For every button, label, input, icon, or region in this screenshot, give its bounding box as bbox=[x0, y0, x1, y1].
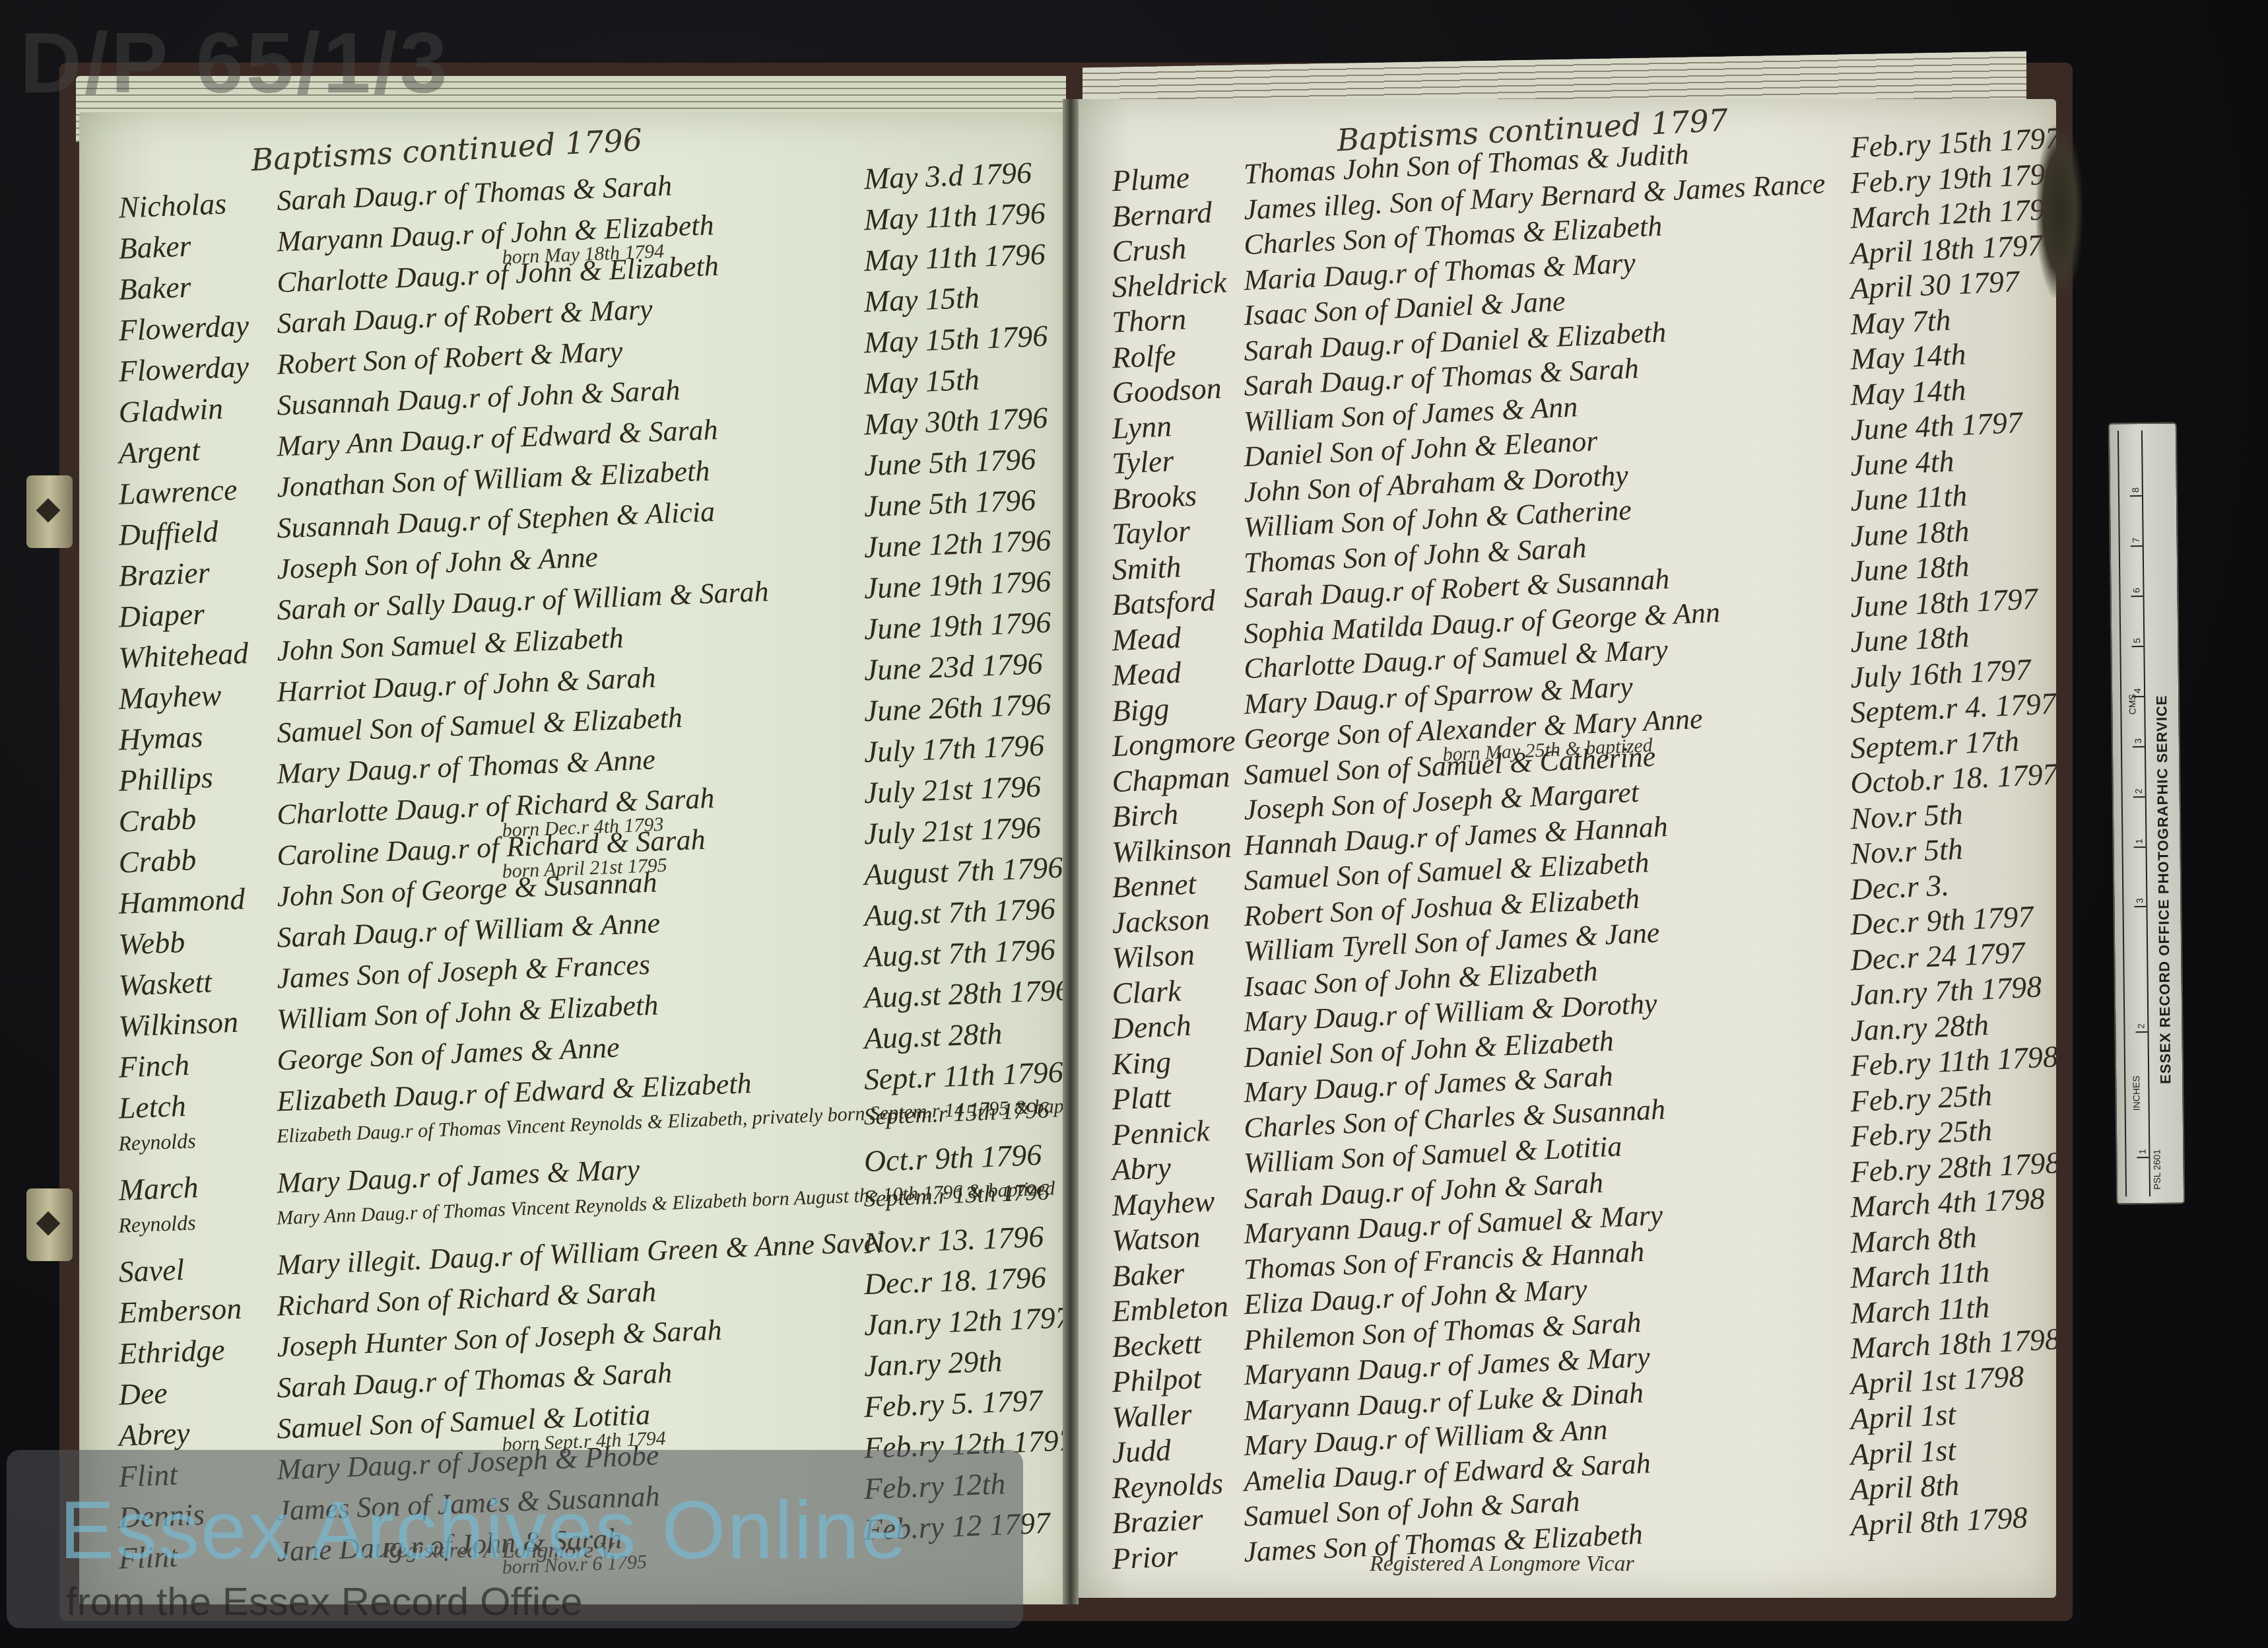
ruler-cm-label: 1 bbox=[2133, 839, 2144, 844]
document-reference-label: D/P 65/1/3 bbox=[20, 13, 450, 112]
entry-surname: Baker bbox=[1111, 1255, 1185, 1293]
entry-surname: Brazier bbox=[118, 555, 211, 593]
ruler-text: ESSEX RECORD OFFICE PHOTOGRAPHIC SERVICE bbox=[2153, 695, 2174, 1084]
entry-date: Aug.st 7th 1796 bbox=[863, 891, 1056, 933]
entry-surname: Abrey bbox=[118, 1416, 191, 1453]
entry-date: June 18th bbox=[1850, 513, 1970, 553]
entry-surname: Mead bbox=[1111, 619, 1182, 658]
watermark-subtitle: from the Essex Record Office bbox=[66, 1579, 583, 1624]
entry-date: April 1st bbox=[1850, 1432, 1956, 1472]
entry-surname: Letch bbox=[118, 1088, 187, 1126]
ruler-code: PSL 2601 bbox=[2151, 1150, 2162, 1190]
entry-surname: Reynolds bbox=[118, 1128, 197, 1155]
entry-surname: Baker bbox=[118, 269, 192, 307]
ruler-cm-label: 4 bbox=[2132, 688, 2143, 693]
entry-surname: Jackson bbox=[1111, 901, 1210, 940]
scale-ruler: 12345678123 CMS INCHES ESSEX RECORD OFFI… bbox=[2108, 422, 2185, 1204]
entry-surname: Baker bbox=[118, 228, 192, 266]
entry-date: May 14th bbox=[1850, 372, 1966, 412]
entry-surname: Pennick bbox=[1111, 1113, 1210, 1152]
ruler-cm-label: 5 bbox=[2131, 638, 2142, 643]
right-page: Baptisms continued 1797 PlumeThomas John… bbox=[1073, 99, 2056, 1598]
entry-surname: Lawrence bbox=[118, 472, 238, 512]
entry-date: June 18th bbox=[1850, 548, 1970, 588]
entry-date: Nov.r 5th bbox=[1850, 831, 1964, 872]
entry-date: June 23d 1796 bbox=[863, 646, 1044, 687]
entry-date: June 19th 1796 bbox=[863, 563, 1051, 605]
entry-surname: Diaper bbox=[118, 596, 205, 635]
entry-date: Jan.ry 12th 1797 bbox=[863, 1299, 1069, 1342]
ruler-edge-line bbox=[2118, 430, 2127, 1196]
entry-date: Feb.ry 5. 1797 bbox=[863, 1383, 1044, 1424]
entry-surname: Wilkinson bbox=[118, 1004, 239, 1044]
entry-surname: Wilson bbox=[1111, 937, 1195, 976]
entry-surname: King bbox=[1111, 1044, 1172, 1081]
book-gutter bbox=[1063, 99, 1079, 1604]
entry-surname: Duffield bbox=[118, 514, 219, 553]
entry-surname: Mead bbox=[1111, 655, 1182, 693]
entry-date: Jan.ry 29th bbox=[863, 1343, 1003, 1383]
watermark-title: Essex Archives Online bbox=[59, 1483, 908, 1577]
entry-date: June 26th 1796 bbox=[863, 686, 1051, 728]
entry-date: Nov.r 5th bbox=[1850, 796, 1964, 836]
entry-date: July 21st 1796 bbox=[863, 809, 1042, 851]
entry-date: March 11th bbox=[1850, 1254, 1990, 1295]
ruler-inch-tick bbox=[2135, 1031, 2147, 1033]
entry-surname: Crush bbox=[1111, 230, 1187, 269]
entry-date: June 12th 1796 bbox=[863, 522, 1051, 565]
entry-surname: Batsford bbox=[1111, 582, 1216, 622]
entry-surname: Mayhew bbox=[1111, 1183, 1215, 1223]
entry-date: Dec.r 18. 1796 bbox=[863, 1260, 1047, 1302]
entry-date: May 14th bbox=[1850, 337, 1966, 377]
entry-surname: Emberson bbox=[118, 1291, 242, 1330]
entry-surname: Flowerday bbox=[118, 349, 250, 389]
entry-surname: Wilkinson bbox=[1111, 829, 1232, 870]
entry-surname: Rolfe bbox=[1111, 337, 1176, 374]
ruler-cm-tick bbox=[2131, 646, 2143, 647]
ruler-cm-label: 6 bbox=[2131, 588, 2141, 593]
entry-surname: Dee bbox=[118, 1375, 168, 1412]
entry-surname: Finch bbox=[118, 1047, 190, 1085]
entry-date: May 7th bbox=[1850, 302, 1951, 341]
ruler-scale-line bbox=[2141, 430, 2151, 1196]
clasp-icon bbox=[26, 1188, 73, 1261]
entry-surname: Hymas bbox=[118, 719, 204, 757]
entry-surname: Brazier bbox=[1111, 1501, 1203, 1540]
entry-date: August 7th 1796 bbox=[863, 850, 1063, 893]
entry-surname: Waller bbox=[1111, 1396, 1192, 1434]
entry-surname: Abry bbox=[1111, 1150, 1172, 1187]
ruler-inches-label: INCHES bbox=[2131, 1076, 2142, 1111]
ruler-cm-tick bbox=[2134, 846, 2146, 848]
ruler-inch-label: 3 bbox=[2134, 898, 2145, 903]
entry-date: May 15th bbox=[863, 362, 980, 401]
page-edge-stain bbox=[2036, 125, 2083, 297]
entry-date: Feb.ry 25th bbox=[1850, 1077, 1993, 1118]
archive-watermark: Essex Archives Online from the Essex Rec… bbox=[7, 1450, 1023, 1628]
left-page: Baptisms continued 1796 NicholasSarah Da… bbox=[79, 112, 1069, 1604]
left-page-heading: Baptisms continued 1796 bbox=[250, 122, 643, 178]
entry-date: May 15th bbox=[863, 280, 980, 320]
ruler-inch-label: 1 bbox=[2137, 1149, 2147, 1154]
ruler-cm-tick bbox=[2131, 545, 2143, 547]
entry-date: Aug.st 28th 1796 bbox=[863, 972, 1069, 1015]
entry-date: June 5th 1796 bbox=[863, 441, 1036, 483]
entry-surname: Judd bbox=[1111, 1432, 1172, 1470]
entry-date: May 11th 1796 bbox=[863, 236, 1046, 279]
entry-surname: Bennet bbox=[1111, 866, 1197, 905]
entry-surname: Thorn bbox=[1111, 301, 1187, 339]
entry-surname: Clark bbox=[1111, 973, 1182, 1011]
ruler-cm-tick bbox=[2133, 796, 2145, 798]
entry-date: June 18th bbox=[1850, 619, 1970, 659]
ruler-cm-label: 2 bbox=[2133, 788, 2144, 794]
entry-surname: Nicholas bbox=[118, 186, 227, 224]
ruler-cm-tick bbox=[2131, 596, 2143, 597]
entry-surname: Hammond bbox=[118, 881, 246, 920]
entry-surname: Reynolds bbox=[1111, 1465, 1224, 1505]
entry-date: May 15th 1796 bbox=[863, 318, 1048, 360]
entry-surname: Smith bbox=[1111, 549, 1182, 587]
entry-surname: Platt bbox=[1111, 1079, 1172, 1116]
entry-surname: Plume bbox=[1111, 160, 1190, 198]
ruler-cm-label: 7 bbox=[2131, 537, 2141, 543]
entry-surname: Embleton bbox=[1111, 1288, 1229, 1328]
entry-date: June 19th 1796 bbox=[863, 604, 1051, 646]
entry-surname: Crabb bbox=[118, 842, 197, 879]
entry-date: Jan.ry 28th bbox=[1850, 1007, 1989, 1048]
ruler-cm-label: 3 bbox=[2133, 738, 2143, 743]
entry-date: June 4th bbox=[1850, 443, 1954, 483]
ruler-inch-tick bbox=[2134, 906, 2146, 907]
entry-date: March 8th bbox=[1850, 1219, 1977, 1260]
entry-date: April 8th bbox=[1850, 1467, 1960, 1507]
entry-details: Sarah Daug.r of Thomas & Sarah bbox=[276, 169, 672, 218]
ruler-cm-tick bbox=[2133, 746, 2145, 747]
ruler-cm-tick bbox=[2130, 495, 2142, 497]
entry-date: July 21st 1796 bbox=[863, 769, 1042, 810]
entry-surname: Crabb bbox=[118, 801, 197, 839]
entry-surname: Bigg bbox=[1111, 691, 1170, 728]
entry-surname: Longmore bbox=[1111, 723, 1236, 763]
entry-surname: Brooks bbox=[1111, 477, 1197, 516]
entry-surname: Mayhew bbox=[118, 677, 222, 716]
entry-date: June 11th bbox=[1850, 477, 1968, 518]
entry-surname: Watson bbox=[1111, 1219, 1201, 1258]
entry-surname: Flowerday bbox=[118, 308, 250, 348]
ruler-inch-tick bbox=[2137, 1157, 2149, 1158]
entry-surname: Beckett bbox=[1111, 1325, 1202, 1364]
entry-date: Sept.r 11th 1796 bbox=[863, 1054, 1064, 1097]
entry-surname: Savel bbox=[118, 1252, 185, 1289]
entry-surname: Waskett bbox=[118, 964, 213, 1002]
entry-date: Oct.r 9th 1796 bbox=[863, 1137, 1042, 1179]
entry-surname: Birch bbox=[1111, 796, 1179, 835]
entry-surname: Philpot bbox=[1111, 1360, 1202, 1399]
entry-date: June 5th 1796 bbox=[863, 482, 1036, 524]
entry-surname: Phillips bbox=[118, 759, 214, 798]
right-footer-note: Registered A Longmore Vicar bbox=[1370, 1552, 1634, 1577]
entry-surname: Tyler bbox=[1111, 443, 1174, 481]
ruler-inch-label: 2 bbox=[2135, 1023, 2146, 1029]
entry-date: April 1st bbox=[1850, 1396, 1956, 1436]
entry-surname: Lynn bbox=[1111, 408, 1172, 446]
entry-surname: Webb bbox=[118, 924, 185, 962]
entry-date: May 30th 1796 bbox=[863, 400, 1048, 442]
entry-date: Nov.r 13. 1796 bbox=[863, 1219, 1044, 1260]
entry-surname: Whitehead bbox=[118, 635, 250, 675]
entry-date: Aug.st 7th 1796 bbox=[863, 932, 1056, 974]
entry-date: Feb.ry 25th bbox=[1850, 1113, 1993, 1154]
entry-surname: Goodson bbox=[1111, 370, 1222, 410]
entry-surname: Sheldrick bbox=[1111, 264, 1227, 304]
entry-date: March 11th bbox=[1850, 1289, 1990, 1330]
clasp-icon bbox=[26, 475, 73, 548]
entry-date: July 17th 1796 bbox=[863, 728, 1045, 769]
entry-date: May 3.d 1796 bbox=[863, 155, 1032, 197]
entry-date: Dec.r 3. bbox=[1850, 867, 1950, 907]
entry-surname: March bbox=[118, 1169, 199, 1208]
entry-surname: Gladwin bbox=[118, 391, 224, 430]
entry-surname: Chapman bbox=[1111, 759, 1230, 799]
entry-surname: Argent bbox=[118, 432, 201, 471]
entry-surname: Reynolds bbox=[118, 1210, 197, 1237]
entry-date: May 11th 1796 bbox=[863, 195, 1046, 238]
entry-date: Aug.st 28th bbox=[863, 1015, 1003, 1056]
ruler-cms-label: CMS bbox=[2127, 694, 2137, 714]
ruler-cm-label: 8 bbox=[2130, 487, 2141, 493]
entry-surname: Prior bbox=[1111, 1538, 1178, 1575]
entry-surname: Ethridge bbox=[118, 1332, 226, 1371]
ruler-ticks: 12345678123 bbox=[2110, 424, 2176, 425]
entry-surname: Taylor bbox=[1111, 513, 1191, 551]
entry-surname: Bernard bbox=[1111, 194, 1213, 234]
entry-surname: Dench bbox=[1111, 1008, 1191, 1046]
